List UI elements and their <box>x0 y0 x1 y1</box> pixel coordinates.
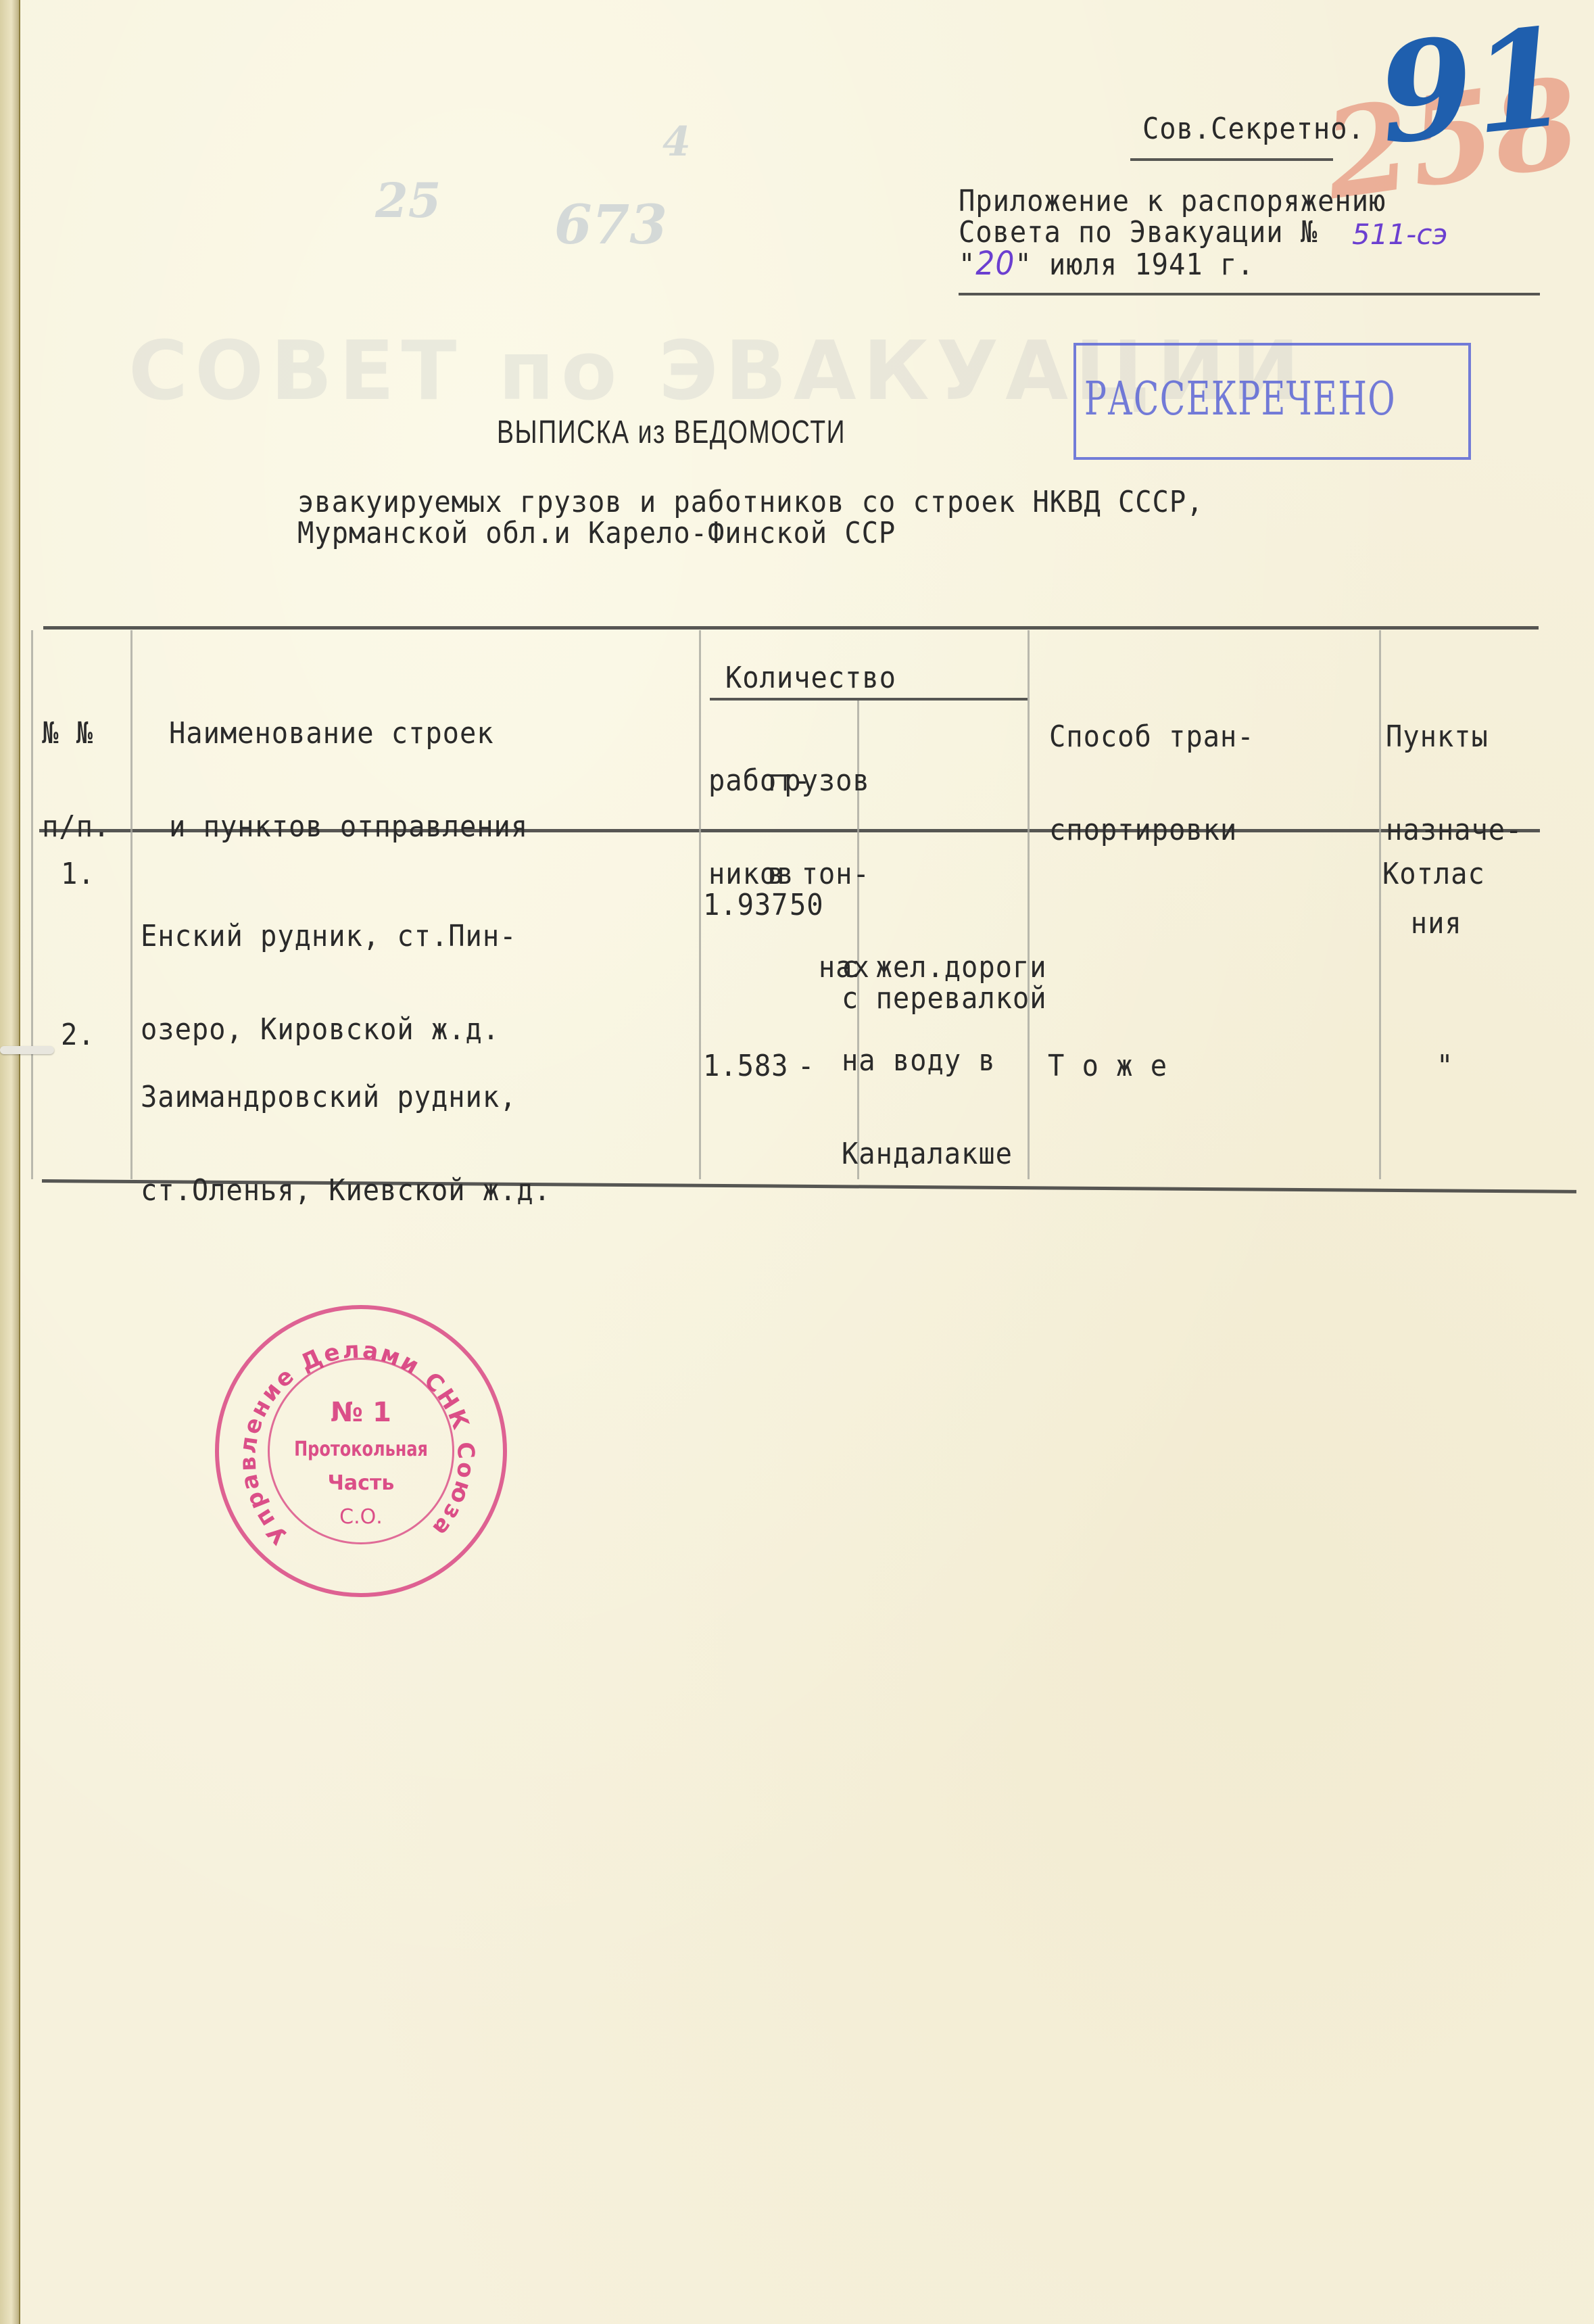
column-divider-2 <box>699 630 701 1179</box>
header-transport: Способ тран- спортировки <box>1049 659 1254 908</box>
header-destination-line-1: Пункты <box>1386 721 1522 753</box>
column-divider-5 <box>1379 630 1381 1179</box>
classification-underline <box>1130 158 1333 161</box>
header-transport-line-1: Способ тран- <box>1049 721 1254 753</box>
folio-number: 91 <box>1371 0 1574 175</box>
appendix-underline <box>959 293 1540 295</box>
binding-thread <box>0 1046 54 1054</box>
document-subtitle-line-2: Мурманской обл.и Карело-Финской ССР <box>297 518 896 549</box>
row-site-name-line-2: ст.Оленья, Киевской ж.д. <box>141 1175 551 1206</box>
appendix-line-2: Совета по Эвакуации № <box>959 217 1386 248</box>
row-number: 1. <box>61 859 95 890</box>
row-site-name: Заимандровский рудник, ст.Оленья, Киевск… <box>141 1020 551 1268</box>
table-top-rule <box>43 626 1539 630</box>
page-binding-edge <box>0 0 20 2324</box>
table-left-border <box>31 630 33 1179</box>
classification-label: Сов.Секретно. <box>1142 114 1365 145</box>
document-title: ВЫПИСКА из ВЕДОМОСТИ <box>497 414 846 451</box>
pencil-mark-4: 4 <box>662 118 691 166</box>
row-transport-lines: с жел.дороги на воду в Кандалакше <box>842 890 1046 1232</box>
pencil-mark-25: 25 <box>375 172 441 229</box>
date-day: 20 <box>975 245 1015 283</box>
row-transport-line-2: с жел.дороги <box>842 952 1046 983</box>
appendix-line-1: Приложение к распоряжению <box>959 186 1386 217</box>
row-destination: " <box>1436 1051 1453 1082</box>
appendix-date-line: "20" июля 1941 г. <box>959 248 1386 281</box>
date-month-year: " июля 1941 г. <box>1015 247 1254 282</box>
declassified-stamp: РАССЕКРЕЧЕНО <box>1073 343 1471 460</box>
row-cargo-tons: 50 <box>790 890 824 921</box>
header-num-line-1: № № <box>42 718 110 749</box>
seal-line-1: Протокольная <box>247 1438 475 1461</box>
header-destination-line-3: ния <box>1386 908 1522 939</box>
row-site-name-line-1: Енский рудник, ст.Пин- <box>141 921 516 952</box>
document-subtitle-line-1: эвакуируемых грузов и работников со стро… <box>297 487 1203 518</box>
header-transport-line-2: спортировки <box>1049 815 1254 846</box>
column-divider-1 <box>130 630 132 1179</box>
header-quantity: Количество <box>725 663 896 694</box>
header-destination-line-2: назначе- <box>1386 815 1522 846</box>
quantity-subheader-rule <box>710 698 1028 701</box>
date-quote-open: " <box>959 247 975 282</box>
order-number: 511-сэ <box>1352 218 1447 251</box>
header-num-line-2: п/п. <box>42 811 110 843</box>
row-destination: Котлас <box>1382 859 1485 890</box>
row-transport-line-4: Кандалакше <box>842 1139 1046 1170</box>
row-transport: Т о ж е <box>1048 1051 1167 1082</box>
row-site-name-line-1: Заимандровский рудник, <box>141 1082 551 1113</box>
office-seal: Управление Делами СНК Союза ССР № 1 Прот… <box>215 1305 507 1597</box>
header-destination: Пункты назначе- ния <box>1386 659 1522 1001</box>
header-cargo-line-1: грузов <box>767 765 870 797</box>
seal-line-2: Часть <box>219 1471 503 1495</box>
pencil-mark-673: 673 <box>554 193 667 256</box>
header-name-line-1: Наименование строек <box>169 718 528 749</box>
declassified-stamp-text: РАССЕКРЕЧЕНО <box>1084 373 1396 426</box>
seal-number: № 1 <box>219 1397 503 1428</box>
header-name-line-2: и пунктов отправления <box>169 811 528 843</box>
row-workers: 1.937 <box>703 890 788 921</box>
seal-line-3: С.О. <box>219 1505 503 1529</box>
row-workers: 1.583 <box>703 1051 788 1082</box>
row-number: 2. <box>61 1020 95 1051</box>
row-transport-line-3: на воду в <box>842 1045 1046 1076</box>
row-cargo-tons: - <box>798 1051 815 1082</box>
